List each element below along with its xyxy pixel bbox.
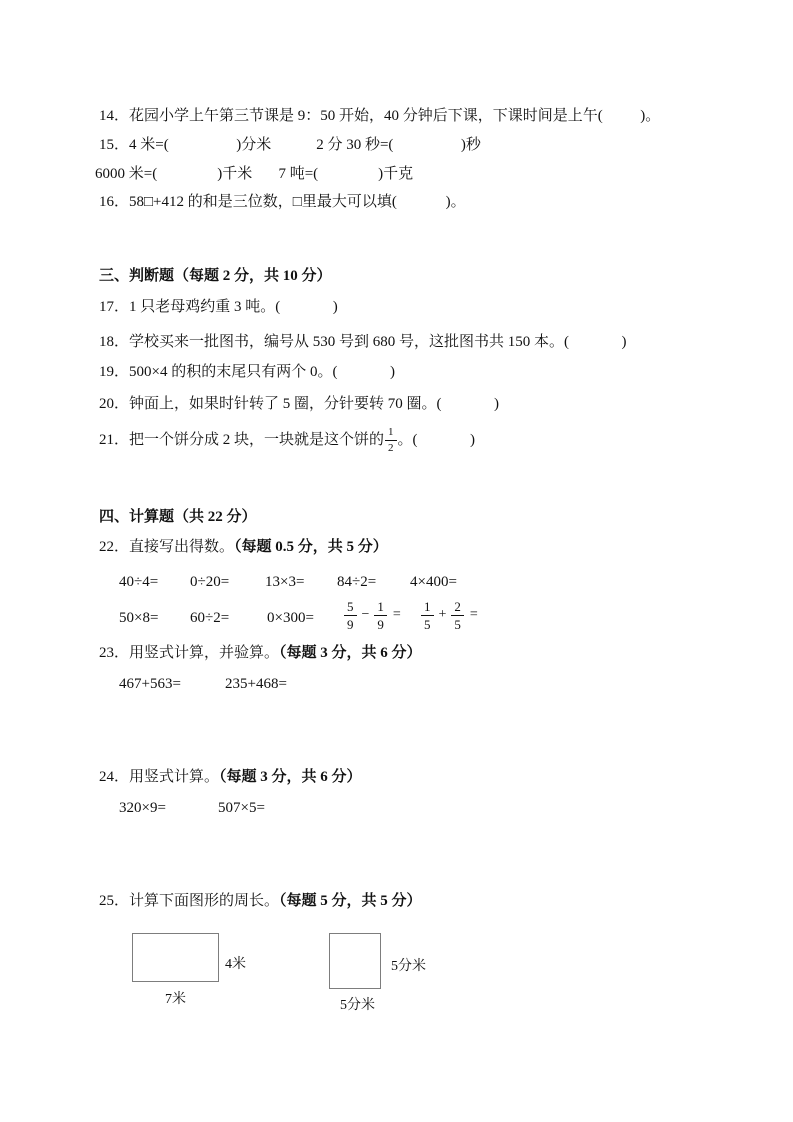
question-25-text: 25．计算下面图形的周长。 [99,893,279,909]
fraction-numerator: 2 [451,600,464,616]
question-23-expressions: 467+563= 235+468= [0,676,793,696]
question-15: 15．4 米=( )分米 2 分 30 秒=( )秒 [99,137,481,154]
fraction-numerator: 5 [344,600,357,616]
fraction-denominator: 5 [424,616,431,631]
question-17: 17．1 只老母鸡约重 3 吨。( ) [99,299,338,316]
calc-expression-fractions: 15+25= [420,596,478,634]
calc-expression: 467+563= [119,676,181,693]
plus-operator: + [439,607,447,623]
calc-row-2: 50×8= 60÷2= 0×300= 59−19= 15+25= [0,596,793,634]
calc-expression: 84÷2= [337,574,376,591]
fraction: 19 [374,600,387,631]
calc-row-1: 40÷4= 0÷20= 13×3= 84÷2= 4×400= [0,574,793,594]
question-15-continued: 6000 米=( )千米 7 吨=( )千克 [95,166,413,183]
calc-expression: 320×9= [119,800,166,817]
calc-expression: 13×3= [265,574,304,591]
fraction-one-half: 12 [385,427,397,454]
section-heading-judgement: 三、判断题（每题 2 分，共 10 分） [99,268,332,285]
question-23-text: 23．用竖式计算，并验算。 [99,645,279,661]
square-height-label: 5分米 [391,955,426,975]
question-22: 22．直接写出得数。（每题 0.5 分，共 5 分） [99,539,388,556]
calc-expression: 50×8= [119,610,158,627]
fraction: 25 [451,600,464,631]
exam-document-page: 14．花园小学上午第三节课是 9：50 开始，40 分钟后下课，下课时间是上午(… [0,0,793,1122]
fraction: 15 [421,600,434,631]
question-20: 20．钟面上，如果时针转了 5 圈，分针要转 70 圈。( ) [99,396,499,413]
fraction-denominator: 2 [388,441,394,454]
question-24-expressions: 320×9= 507×5= [0,800,793,820]
equals-sign: = [393,607,401,623]
fraction-numerator: 1 [421,600,434,616]
calc-expression: 0×300= [267,610,314,627]
question-24-score: （每题 3 分，共 6 分） [219,769,362,785]
question-21-text: 21．把一个饼分成 2 块，一块就是这个饼的 [99,432,384,448]
rectangle-width-label: 7米 [165,988,186,1008]
question-24: 24．用竖式计算。（每题 3 分，共 6 分） [99,769,362,786]
figure-rectangle [132,933,219,982]
equals-sign: = [470,607,478,623]
calc-expression: 0÷20= [190,574,229,591]
question-21-blank: 。( ) [398,432,476,448]
fraction-denominator: 5 [454,616,461,631]
question-18: 18．学校买来一批图书，编号从 530 号到 680 号，这批图书共 150 本… [99,334,627,351]
question-23-score: （每题 3 分，共 6 分） [279,645,422,661]
square-width-label: 5分米 [340,994,375,1014]
calc-expression: 235+468= [225,676,287,693]
question-25: 25．计算下面图形的周长。（每题 5 分，共 5 分） [99,893,422,910]
fraction-denominator: 9 [377,616,384,631]
question-16: 16．58□+412 的和是三位数，□里最大可以填( )。 [99,194,466,211]
question-23: 23．用竖式计算，并验算。（每题 3 分，共 6 分） [99,645,422,662]
fraction-numerator: 1 [374,600,387,616]
fraction: 59 [344,600,357,631]
calc-expression: 40÷4= [119,574,158,591]
question-22-score: （每题 0.5 分，共 5 分） [234,539,388,555]
calc-expression-fractions: 59−19= [343,596,401,634]
question-21: 21．把一个饼分成 2 块，一块就是这个饼的12。( ) [99,427,475,454]
question-22-text: 22．直接写出得数。 [99,539,234,555]
fraction-denominator: 9 [347,616,354,631]
question-19: 19．500×4 的积的末尾只有两个 0。( ) [99,364,395,381]
question-14: 14．花园小学上午第三节课是 9：50 开始，40 分钟后下课，下课时间是上午(… [99,108,660,125]
fraction-numerator: 1 [385,427,397,441]
question-24-text: 24．用竖式计算。 [99,769,219,785]
question-25-score: （每题 5 分，共 5 分） [279,893,422,909]
calc-expression: 60÷2= [190,610,229,627]
figure-square [329,933,381,989]
section-heading-calculation: 四、计算题（共 22 分） [99,509,257,526]
minus-operator: − [362,607,370,623]
rectangle-height-label: 4米 [225,953,246,973]
calc-expression: 507×5= [218,800,265,817]
calc-expression: 4×400= [410,574,457,591]
